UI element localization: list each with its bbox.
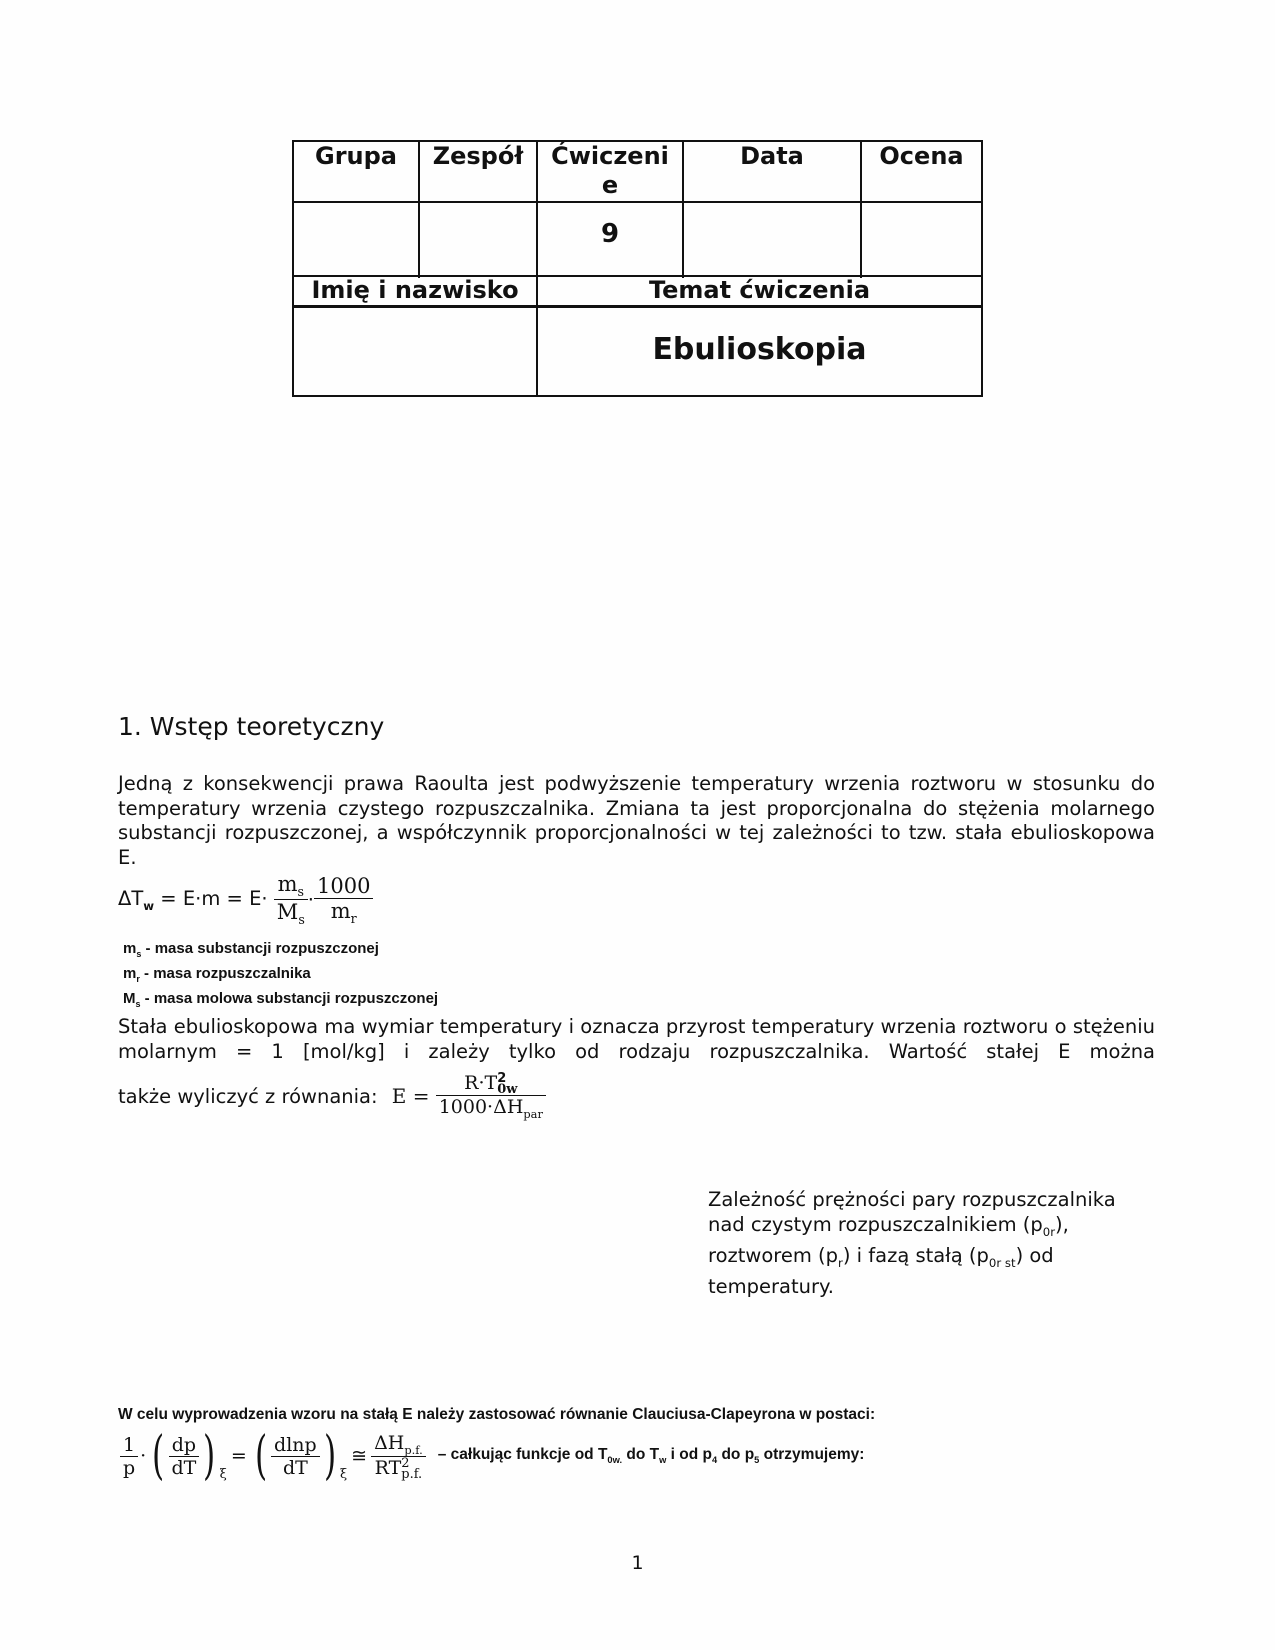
clausius-equation: 1p · (dpdT)ξ = (dlnpdT)ξ ≅ ΔHp.f.RT2p.f.… [120, 1430, 864, 1482]
figure-caption: Zależność prężności pary rozpuszczalnika… [708, 1188, 1116, 1300]
formula-text: s [298, 912, 304, 927]
legend-item: Ms - masa molowa substancji rozpuszczone… [123, 989, 438, 1014]
formula-text: R·T [464, 1072, 497, 1094]
formula-text: E = [392, 1084, 430, 1108]
column-header-cwiczenie: Ćwiczeni e [538, 142, 682, 200]
cell-cwiczenie: 9 [538, 220, 682, 249]
paragraph-intro: Jedną z konsekwencji prawa Raoulta jest … [118, 772, 1155, 870]
section-heading: 1. Wstęp teoretyczny [118, 712, 384, 741]
caption-line: temperatury. [708, 1275, 1116, 1300]
paragraph-tail: także wyliczyć z równania: [118, 1085, 378, 1108]
formula-e: także wyliczyć z równania: E = R·T20w 10… [118, 1072, 546, 1121]
caption-line: Zależność prężności pary rozpuszczalnika [708, 1188, 1116, 1213]
page-number: 1 [0, 1552, 1275, 1574]
column-header-data: Data [684, 142, 860, 171]
legend-item: mr - masa rozpuszczalnika [123, 964, 438, 989]
topic-label: Temat ćwiczenia [538, 276, 981, 305]
name-label: Imię i nazwisko [294, 276, 536, 305]
fraction: ΔHp.f.RT2p.f. [371, 1432, 426, 1481]
formula-text: ΔT [118, 887, 143, 910]
column-header-grupa: Grupa [294, 142, 418, 171]
paragraph-constant: Stała ebulioskopowa ma wymiar temperatur… [118, 1015, 1155, 1064]
formula-text: w [143, 899, 154, 913]
header-table: Grupa Zespół Ćwiczeni e Data Ocena 9 Imi… [292, 140, 983, 397]
formula-legend: ms - masa substancji rozpuszczonej mr - … [123, 939, 438, 1014]
divider [294, 201, 981, 203]
fraction: R·T20w 1000·ΔHpar [436, 1072, 546, 1121]
topic-value: Ebulioskopia [538, 332, 981, 368]
clausius-tail: – całkując funkcje od T0w. do Tw i od p4… [438, 1446, 865, 1465]
formula-text: 0w [497, 1084, 517, 1095]
clausius-intro: W celu wyprowadzenia wzoru na stałą E na… [118, 1406, 875, 1424]
divider [294, 305, 981, 308]
formula-text: r [351, 911, 357, 926]
fraction: 1p [120, 1434, 138, 1479]
formula-text: m [278, 872, 298, 896]
caption-line: nad czystym rozpuszczalnikiem (p0r), [708, 1213, 1116, 1244]
formula-text: m [331, 899, 351, 923]
formula-text: = E·m = E· [154, 887, 268, 910]
formula-text: s [298, 884, 304, 899]
formula-text: M [277, 900, 299, 924]
formula-delta-tw: ΔTw = E·m = E· ms Ms · 1000 mr [118, 872, 373, 927]
fraction: 1000 mr [314, 874, 373, 926]
column-header-ocena: Ocena [862, 142, 981, 171]
fraction: ms Ms [274, 872, 308, 927]
caption-line: roztworem (pr) i fazą stałą (p0r st) od [708, 1244, 1116, 1275]
legend-item: ms - masa substancji rozpuszczonej [123, 939, 438, 964]
fraction: dpdT [169, 1434, 200, 1479]
fraction: dlnpdT [271, 1434, 320, 1479]
formula-text: 1000 [314, 874, 373, 899]
column-header-zespol: Zespół [420, 142, 536, 171]
formula-text: 1000·ΔH [439, 1096, 524, 1118]
formula-text: par [523, 1107, 543, 1121]
